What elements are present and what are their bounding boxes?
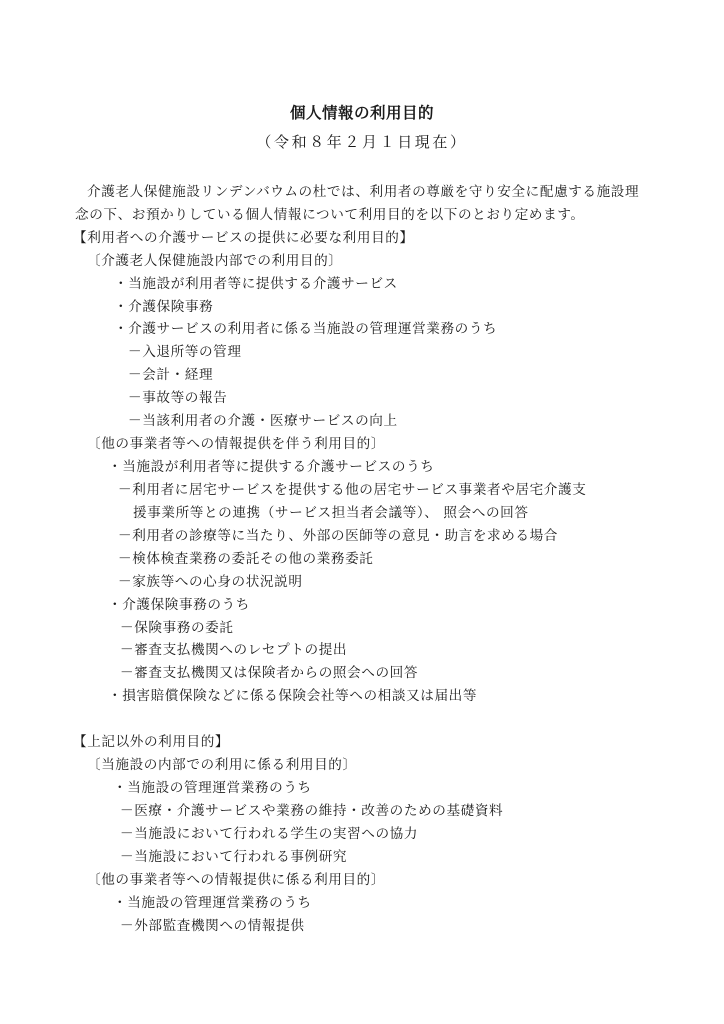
intro-line-1: 介護老人保健施設リンデンバウムの杜では、利用者の尊厳を守り安全に配慮する施設理	[87, 183, 639, 201]
list-subitem: －検体検査業務の委託その他の業務委託	[118, 550, 374, 568]
document-date: （令和８年２月１日現在）	[0, 131, 724, 152]
document-page: 個人情報の利用目的 （令和８年２月１日現在） 介護老人保健施設リンデンバウムの杜…	[0, 0, 724, 1024]
list-subitem: －当施設において行われる学生の実習への協力	[120, 825, 418, 843]
list-item: ・介護保険事務のうち	[108, 596, 250, 614]
list-item: ・当施設が利用者等に提供する介護サービス	[114, 275, 398, 293]
list-item: ・介護保険事務	[114, 298, 213, 316]
document-title: 個人情報の利用目的	[0, 101, 724, 123]
list-subitem: －会計・経理	[128, 366, 213, 384]
list-subitem: －医療・介護サービスや業務の維持・改善のための基礎資料	[120, 802, 503, 820]
subsection-heading-2-2: 〔他の事業者等への情報提供に係る利用目的〕	[87, 871, 385, 889]
subsection-heading-1-2: 〔他の事業者等への情報提供を伴う利用目的〕	[87, 435, 385, 453]
list-subitem: －入退所等の管理	[128, 343, 242, 361]
list-subitem: －当該利用者の介護・医療サービスの向上	[128, 412, 398, 430]
list-subitem-continuation: 援事業所等との連携（サービス担当者会議等）、 照会への回答	[133, 504, 529, 522]
list-subitem: －利用者の診療等に当たり、外部の医師等の意見・助言を求める場合	[118, 527, 558, 545]
intro-line-2: 念の下、お預かりしている個人情報について利用目的を以下のとおり定めます。	[75, 206, 585, 224]
list-subitem: －保険事務の委託	[120, 619, 234, 637]
list-subitem: －事故等の報告	[128, 389, 227, 407]
list-subitem: －当施設において行われる事例研究	[120, 848, 347, 866]
list-item: ・損害賠償保険などに係る保険会社等への相談又は届出等	[108, 687, 477, 705]
list-item: ・当施設の管理運営業務のうち	[113, 779, 312, 797]
list-item: ・介護サービスの利用者に係る当施設の管理運営業務のうち	[114, 320, 497, 338]
list-item: ・当施設の管理運営業務のうち	[113, 894, 312, 912]
list-subitem: －外部監査機関への情報提供	[120, 917, 305, 935]
section-heading-2: 【上記以外の利用目的】	[73, 733, 229, 751]
list-subitem: －審査支払機関へのレセプトの提出	[120, 641, 347, 659]
list-subitem: －利用者に居宅サービスを提供する他の居宅サービス事業者や居宅介護支	[118, 481, 586, 499]
list-subitem: －審査支払機関又は保険者からの照会への回答	[120, 664, 418, 682]
list-item: ・当施設が利用者等に提供する介護サービスのうち	[108, 458, 434, 476]
section-heading-1: 【利用者への介護サービスの提供に必要な利用目的】	[73, 229, 414, 247]
subsection-heading-2-1: 〔当施設の内部での利用に係る利用目的〕	[87, 756, 357, 774]
list-subitem: －家族等への心身の状況説明	[118, 573, 303, 591]
subsection-heading-1-1: 〔介護老人保健施設内部での利用目的〕	[87, 252, 343, 270]
